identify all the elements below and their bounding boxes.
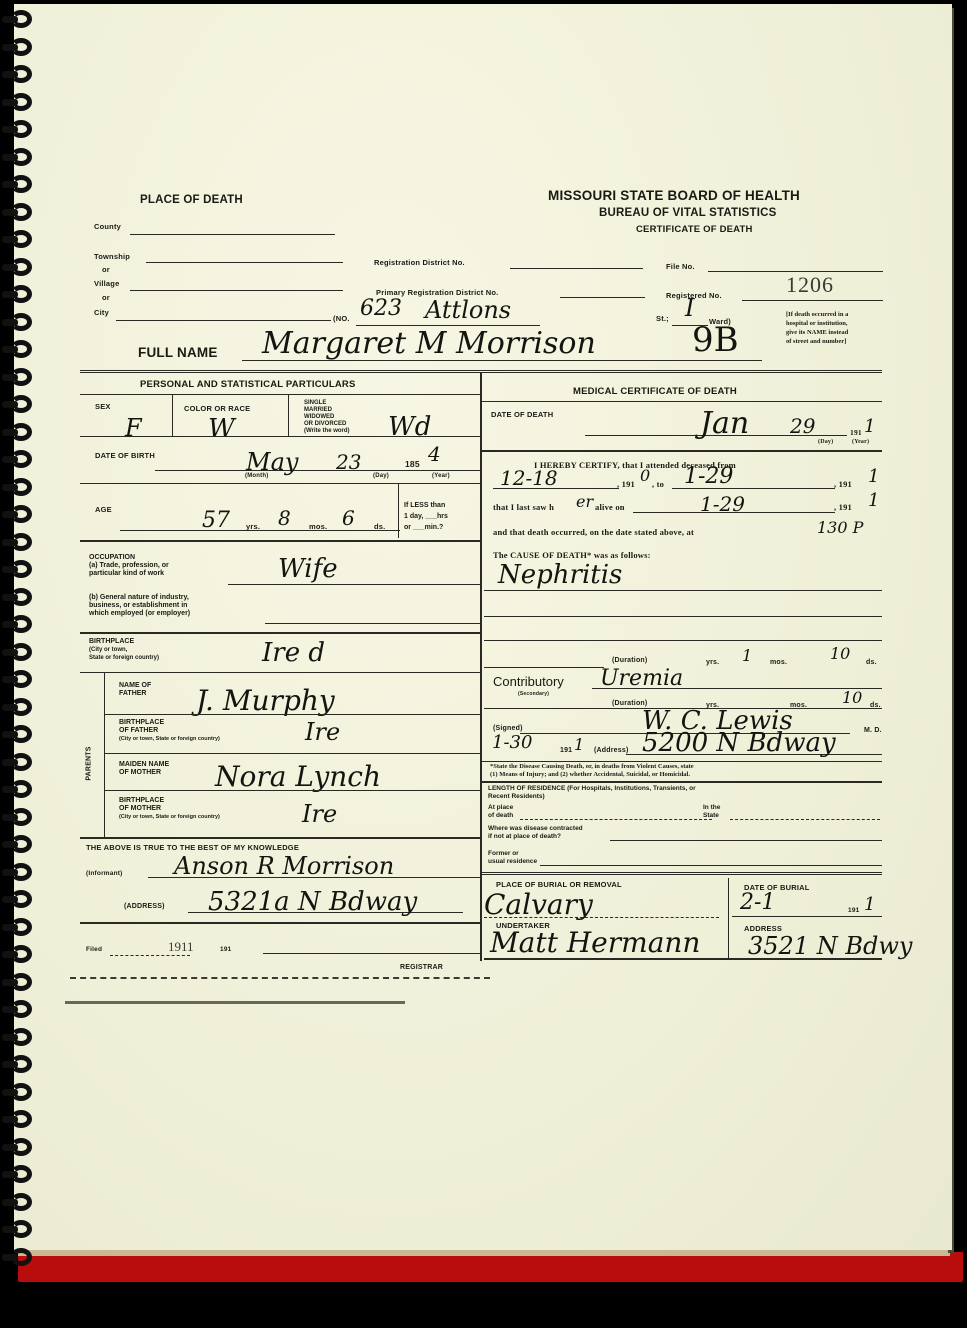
coil-bar — [2, 594, 18, 601]
registration-district-field[interactable] — [510, 268, 643, 269]
md-label: M. D. — [864, 727, 882, 734]
coil-bar — [2, 16, 18, 23]
spiral-coil — [2, 890, 32, 910]
coil-bar — [2, 951, 18, 958]
burial-place-field[interactable] — [484, 917, 719, 918]
coil-bar — [2, 209, 18, 216]
rule — [80, 632, 480, 634]
last-saw-date-value: 1-29 — [700, 492, 745, 516]
death-certificate-form: PLACE OF DEATH MISSOURI STATE BOARD OF H… — [80, 180, 895, 1000]
to-year-suffix: 1 — [868, 466, 879, 487]
marital-option: MARRIED — [304, 407, 350, 414]
full-name-label: FULL NAME — [138, 345, 218, 360]
rule — [104, 714, 480, 715]
occupation-label: OCCUPATION — [89, 554, 169, 562]
to-label: , to — [652, 479, 664, 489]
father-label-line: NAME OF — [119, 682, 151, 690]
yrs-label: yrs. — [246, 522, 260, 531]
rule — [80, 672, 480, 673]
attended-from-value: 12-18 — [500, 466, 558, 490]
spiral-coil — [2, 1220, 32, 1240]
village-field[interactable] — [130, 290, 343, 291]
industry-field[interactable] — [265, 623, 480, 624]
scrapbook-photo: PLACE OF DEATH MISSOURI STATE BOARD OF H… — [0, 0, 967, 1328]
informant-address-label: (ADDRESS) — [124, 903, 165, 910]
spiral-coil — [2, 698, 32, 718]
mother-birthplace-line: BIRTHPLACE — [119, 797, 220, 805]
spiral-coil — [2, 175, 32, 195]
cause-line[interactable] — [484, 590, 882, 591]
street-number-value: 623 — [360, 296, 402, 321]
hospital-note-line: give its NAME instead — [786, 328, 848, 337]
rule — [480, 781, 882, 783]
father-birthplace-line: (City or town, State or foreign country) — [119, 735, 220, 743]
spiral-coil — [2, 313, 32, 333]
undertaker-value: Matt Hermann — [490, 926, 700, 959]
less-than-line: 1 day, ___hrs — [404, 511, 448, 522]
spiral-coil — [2, 1138, 32, 1158]
where-contracted-line: if not at place of death? — [488, 833, 583, 841]
marital-options: SINGLE MARRIED WIDOWED OR DIVORCED (Writ… — [304, 400, 350, 435]
at-place-line: At place — [488, 804, 513, 812]
dod-day-caption: (Day) — [818, 439, 833, 445]
spiral-coil — [2, 1055, 32, 1075]
rule — [728, 878, 729, 960]
occupation-field[interactable] — [228, 584, 480, 585]
mother-label-line: MAIDEN NAME — [119, 761, 169, 769]
red-binder-cover — [18, 1252, 963, 1282]
spiral-coil — [2, 1028, 32, 1048]
spiral-coil — [2, 835, 32, 855]
coil-bar — [2, 1089, 18, 1096]
rule — [80, 394, 480, 395]
hospital-note: [If death occurred in a hospital or inst… — [786, 310, 848, 346]
coil-bar — [2, 319, 18, 326]
city-field[interactable] — [116, 320, 331, 321]
rule — [80, 483, 480, 484]
birthplace-sub: State or foreign country) — [89, 654, 159, 662]
age-days: 6 — [342, 506, 355, 530]
spiral-coil — [2, 1165, 32, 1185]
coil-bar — [2, 181, 18, 188]
coil-bar — [2, 1061, 18, 1068]
coil-bar — [2, 484, 18, 491]
rule — [288, 394, 289, 436]
spiral-coil — [2, 368, 32, 388]
signed-address-label: (Address) — [594, 747, 628, 754]
footnote-line: (1) Means of Injury; and (2) whether Acc… — [490, 771, 694, 779]
dod-year-prefix: 191 — [850, 428, 862, 437]
coil-bar — [2, 621, 18, 628]
contributory-value: Uremia — [600, 666, 683, 691]
dod-month: Jan — [700, 406, 749, 441]
rule — [480, 401, 882, 402]
filed-year-prefix: 191 — [220, 946, 231, 953]
coil-bar — [2, 126, 18, 133]
father-birthplace-line: OF FATHER — [119, 727, 220, 735]
dob-month: May — [246, 448, 298, 476]
from-year-suffix: 0 — [640, 466, 650, 485]
mother-birthplace-label: BIRTHPLACE OF MOTHER (City or town, Stat… — [119, 797, 220, 821]
filed-date-field[interactable] — [110, 955, 190, 956]
spiral-coil — [2, 230, 32, 250]
mother-birthplace-line: OF MOTHER — [119, 805, 220, 813]
coil-bar — [2, 374, 18, 381]
primary-duration-field[interactable] — [484, 667, 604, 668]
burial-date-field[interactable] — [732, 916, 882, 917]
document-type: CERTIFICATE OF DEATH — [636, 224, 753, 235]
ward-value: I — [685, 294, 694, 322]
spiral-coil — [2, 93, 32, 113]
city-label: City — [94, 308, 109, 317]
hospital-note-line: [If death occurred in a — [786, 310, 848, 319]
spiral-coil — [2, 863, 32, 883]
spiral-coil — [2, 1248, 32, 1268]
last-saw-pronoun: er — [576, 492, 593, 511]
spiral-coil — [2, 780, 32, 800]
coil-bar — [2, 676, 18, 683]
coil-bar — [2, 786, 18, 793]
mother-birthplace-line: (City or town, State or foreign country) — [119, 813, 220, 821]
dob-field[interactable] — [155, 470, 480, 471]
township-label: Township — [94, 252, 130, 261]
at-place-line: of death — [488, 812, 513, 820]
mother-birthplace-value: Ire — [302, 800, 337, 828]
coil-bar — [2, 649, 18, 656]
cause-footnote: *State the Disease Causing Death, or, in… — [490, 763, 694, 779]
spiral-coil — [2, 643, 32, 663]
marital-value: Wd — [388, 412, 431, 442]
day-caption: (Day) — [373, 473, 389, 479]
birthplace-value: Ire d — [262, 638, 325, 668]
where-contracted-line: Where was disease contracted — [488, 825, 583, 833]
coil-bar — [2, 1116, 18, 1123]
dod-label: DATE OF DEATH — [491, 410, 553, 419]
dod-day: 29 — [790, 414, 815, 438]
coil-bar — [2, 759, 18, 766]
primary-registration-field[interactable] — [560, 297, 645, 298]
full-name-value: Margaret M Morrison — [262, 326, 596, 361]
signed-label: (Signed) — [493, 725, 523, 732]
coil-bar — [2, 1171, 18, 1178]
last-saw-year-prefix: , 191 — [834, 502, 852, 512]
coil-bar — [2, 71, 18, 78]
signed-address-value: 5200 N Bdway — [642, 728, 836, 758]
street-no-label: (NO. — [333, 314, 350, 323]
or-text: or — [102, 265, 110, 274]
year-caption: (Year) — [432, 473, 450, 479]
race-value: W — [208, 414, 235, 444]
less-than-line: or ___min.? — [404, 522, 448, 533]
spiral-coil — [2, 203, 32, 223]
coil-bar — [2, 511, 18, 518]
father-birthplace-line: BIRTHPLACE — [119, 719, 220, 727]
rule — [104, 790, 480, 791]
less-than-day: If LESS than 1 day, ___hrs or ___min.? — [404, 500, 448, 533]
birthplace-block: BIRTHPLACE (City or town, State or forei… — [89, 638, 159, 662]
father-birthplace-value: Ire — [305, 718, 340, 746]
signed-date: 1-30 — [492, 732, 532, 753]
occupation-b-line: which employed (or employer) — [89, 610, 190, 618]
marital-option: OR DIVORCED — [304, 421, 350, 428]
residence-at-place-field[interactable] — [520, 819, 712, 820]
coil-bar — [2, 924, 18, 931]
age-years: 57 — [202, 508, 230, 533]
primary-duration-ds: 10 — [830, 644, 850, 663]
spiral-coil — [2, 148, 32, 168]
rule — [104, 753, 480, 754]
occupation-b-line: business, or establishment in — [89, 602, 190, 610]
where-contracted-label: Where was disease contracted if not at p… — [488, 825, 583, 841]
spiral-coil — [2, 533, 32, 553]
registrar-field[interactable] — [263, 953, 480, 954]
spiral-coil — [2, 1000, 32, 1020]
coil-bar — [2, 291, 18, 298]
death-time-text: and that death occurred, on the date sta… — [493, 527, 694, 537]
occupation-a-line: particular kind of work — [89, 570, 169, 578]
coil-bar — [2, 979, 18, 986]
registered-no-field[interactable] — [742, 300, 883, 301]
secondary-label: (Secondary) — [518, 691, 549, 697]
spiral-coil — [2, 120, 32, 140]
coil-bar — [2, 154, 18, 161]
place-of-death-heading: PLACE OF DEATH — [140, 194, 243, 206]
filed-label: Filed — [86, 946, 102, 953]
father-name-label: NAME OF FATHER — [119, 682, 151, 698]
father-label-line: FATHER — [119, 690, 151, 698]
agency-title: MISSOURI STATE BOARD OF HEALTH — [548, 188, 800, 203]
coil-bar — [2, 346, 18, 353]
cause-label: The CAUSE OF DEATH* was as follows: — [493, 550, 651, 560]
spiral-coil — [2, 285, 32, 305]
secondary-duration-ds: 10 — [842, 688, 862, 707]
photocopy-artifact-line — [65, 1001, 405, 1004]
father-birthplace-label: BIRTHPLACE OF FATHER (City or town, Stat… — [119, 719, 220, 743]
coil-bar — [2, 1144, 18, 1151]
spiral-coil — [2, 1193, 32, 1213]
spiral-coil — [2, 973, 32, 993]
coil-bar — [2, 1006, 18, 1013]
coil-bar — [2, 1226, 18, 1233]
dob-label: DATE OF BIRTH — [95, 451, 155, 460]
informant-address-value: 5321a N Bdway — [208, 887, 417, 917]
coil-bar — [2, 264, 18, 271]
spiral-coil — [2, 395, 32, 415]
duration-label: (Duration) — [612, 657, 647, 664]
last-saw-label: that I last saw h — [493, 502, 554, 512]
rule — [80, 837, 480, 839]
informant-value: Anson R Morrison — [174, 852, 394, 880]
dod-year-suffix: 1 — [864, 416, 875, 437]
occupation-b-line: (b) General nature of industry, — [89, 594, 190, 602]
spiral-coil — [2, 478, 32, 498]
coil-bar — [2, 704, 18, 711]
in-state-line: In the — [703, 804, 720, 812]
st-label: St.; — [656, 314, 669, 323]
rule — [480, 450, 882, 452]
spiral-coil — [2, 670, 32, 690]
primary-duration-mos: 1 — [742, 646, 752, 665]
birthplace-label: BIRTHPLACE — [89, 638, 159, 646]
last-saw-year-suffix: 1 — [868, 490, 879, 511]
rule — [172, 394, 173, 436]
spiral-binding — [0, 0, 36, 1260]
file-no-label: File No. — [666, 262, 695, 271]
coil-bar — [2, 1034, 18, 1041]
occupation-block: OCCUPATION (a) Trade, profession, or par… — [89, 554, 169, 578]
registration-district-label: Registration District No. — [374, 258, 465, 267]
coil-bar — [2, 841, 18, 848]
residence-in-state-field[interactable] — [730, 819, 880, 820]
rule — [480, 761, 882, 762]
spiral-coil — [2, 808, 32, 828]
spiral-coil — [2, 588, 32, 608]
marital-option: (Write the word) — [304, 428, 350, 435]
marital-option: SINGLE — [304, 400, 350, 407]
from-year-prefix: , 191 — [617, 479, 635, 489]
in-state-line: State — [703, 812, 720, 820]
spiral-coil — [2, 918, 32, 938]
personal-section-title: PERSONAL AND STATISTICAL PARTICULARS — [140, 379, 356, 390]
coil-bar — [2, 99, 18, 106]
mother-label-line: OF MOTHER — [119, 769, 169, 777]
rule — [70, 977, 490, 979]
former-residence-line: usual residence — [488, 858, 537, 866]
death-time-value: 130 P — [817, 518, 863, 537]
spiral-coil — [2, 65, 32, 85]
coil-bar — [2, 44, 18, 51]
cause-line[interactable] — [484, 640, 882, 641]
coil-bar — [2, 814, 18, 821]
coil-bar — [2, 566, 18, 573]
where-contracted-field[interactable] — [610, 840, 882, 841]
contributory-label: Contributory — [493, 674, 564, 689]
rule — [484, 958, 882, 960]
spiral-coil — [2, 450, 32, 470]
rule — [480, 872, 882, 875]
spiral-coil — [2, 725, 32, 745]
spiral-coil — [2, 560, 32, 580]
in-state-label: In the State — [703, 804, 720, 820]
sex-value: F — [125, 414, 142, 442]
coil-bar — [2, 236, 18, 243]
burial-year-prefix: 191 — [848, 907, 859, 914]
alive-on-label: alive on — [595, 502, 625, 512]
coil-bar — [2, 1199, 18, 1206]
burial-date-value: 2-1 — [740, 890, 775, 915]
dob-year-suffix: 4 — [428, 442, 441, 466]
former-residence-label: Former or usual residence — [488, 850, 537, 866]
race-label: COLOR OR RACE — [184, 404, 250, 413]
spiral-coil — [2, 258, 32, 278]
dob-day: 23 — [336, 450, 361, 474]
county-label: County — [94, 222, 121, 231]
spiral-coil — [2, 505, 32, 525]
occupation-b-block: (b) General nature of industry, business… — [89, 594, 190, 618]
spiral-coil — [2, 340, 32, 360]
father-name-value: J. Murphy — [196, 684, 335, 717]
ds-label: ds. — [866, 659, 877, 666]
residence-heading: LENGTH OF RESIDENCE (For Hospitals, Inst… — [488, 785, 696, 801]
at-place-label: At place of death — [488, 804, 513, 820]
coil-bar — [2, 731, 18, 738]
footnote-line: *State the Disease Causing Death, or, in… — [490, 763, 694, 771]
birthplace-sub: (City or town, — [89, 646, 159, 654]
page-stack-edge — [18, 1250, 950, 1256]
medical-section-title: MEDICAL CERTIFICATE OF DEATH — [573, 386, 737, 397]
registered-number: 1206 — [786, 272, 834, 298]
mother-name-label: MAIDEN NAME OF MOTHER — [119, 761, 169, 777]
mos-label: mos. — [770, 659, 787, 666]
street-name-value: Attlons — [425, 296, 511, 324]
county-field[interactable] — [130, 234, 335, 235]
ds-label: ds. — [374, 522, 385, 531]
spiral-coil — [2, 1083, 32, 1103]
village-label: Village — [94, 279, 119, 288]
registrar-label: REGISTRAR — [400, 964, 443, 971]
rule — [80, 540, 480, 542]
signed-year-suffix: 1 — [574, 735, 584, 754]
month-caption: (Month) — [245, 473, 268, 479]
coil-bar — [2, 896, 18, 903]
marital-option: WIDOWED — [304, 414, 350, 421]
mother-name-value: Nora Lynch — [215, 760, 381, 793]
true-statement: THE ABOVE IS TRUE TO THE BEST OF MY KNOW… — [86, 843, 299, 852]
spiral-coil — [2, 753, 32, 773]
occupation-value: Wife — [278, 554, 338, 584]
parents-label: PARENTS — [86, 746, 93, 780]
ds-label: ds. — [870, 702, 881, 709]
rule — [80, 436, 480, 437]
spiral-coil — [2, 423, 32, 443]
to-year-prefix: , 191 — [834, 479, 852, 489]
residence-label-2: Recent Residents) — [488, 793, 696, 801]
age-months: 8 — [278, 506, 291, 530]
former-residence-field[interactable] — [540, 865, 882, 866]
less-than-line: If LESS than — [404, 500, 448, 511]
hospital-note-line: hospital or institution, — [786, 319, 848, 328]
cause-line[interactable] — [484, 616, 882, 617]
burial-year-suffix: 1 — [864, 894, 875, 915]
township-field[interactable] — [146, 262, 343, 263]
coil-bar — [2, 456, 18, 463]
residence-label: LENGTH OF RESIDENCE (For Hospitals, Inst… — [488, 785, 696, 793]
occupation-a-line: (a) Trade, profession, or — [89, 562, 169, 570]
bureau-title: BUREAU OF VITAL STATISTICS — [599, 207, 777, 219]
dod-year-caption: (Year) — [852, 439, 869, 445]
coil-bar — [2, 429, 18, 436]
yrs-label: yrs. — [706, 659, 719, 666]
coil-bar — [2, 539, 18, 546]
spiral-coil — [2, 38, 32, 58]
sex-label: SEX — [95, 402, 111, 411]
rule — [80, 922, 480, 924]
or-text: or — [102, 293, 110, 302]
signed-year-prefix: 191 — [560, 747, 572, 754]
rule — [104, 672, 105, 837]
undertaker-address-value: 3521 N Bdwy — [748, 932, 912, 960]
mos-label: mos. — [309, 522, 327, 531]
dob-year-prefix: 185 — [405, 459, 420, 469]
filed-stamp: 1911 — [168, 939, 194, 955]
coil-bar — [2, 869, 18, 876]
cause-value: Nephritis — [498, 560, 622, 590]
age-label: AGE — [95, 505, 112, 514]
coil-bar — [2, 401, 18, 408]
spiral-coil — [2, 10, 32, 30]
spiral-coil — [2, 945, 32, 965]
attended-to-value: 1-29 — [684, 464, 733, 489]
